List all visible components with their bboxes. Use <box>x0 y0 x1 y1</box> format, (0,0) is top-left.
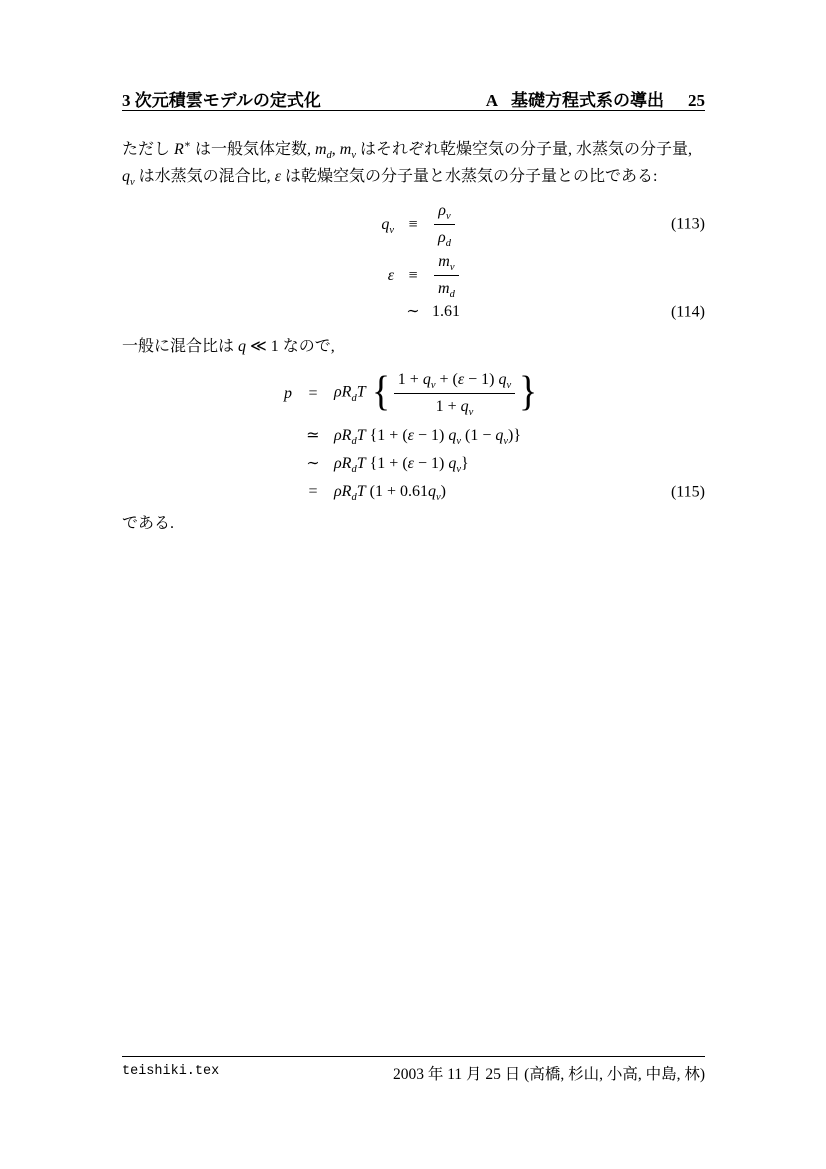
equation-relation: ∼ <box>292 453 334 474</box>
equation-relation: ∼ <box>394 301 432 322</box>
footer-rule <box>122 1056 705 1057</box>
equation-lhs: p <box>274 383 292 404</box>
appendix-letter: A <box>486 91 498 111</box>
equation-number: (113) <box>671 214 705 235</box>
equation-rhs: ρRdT {1 + (ε − 1) qv (1 − qv)} <box>334 425 521 446</box>
equation-rhs: ρvρd <box>432 199 457 249</box>
equation-row: ε ≡ mvmd <box>122 250 705 300</box>
equation-row: ∼ 1.61 (114) <box>122 301 705 322</box>
equation-row: = ρRdT (1 + 0.61qv) (115) <box>122 481 705 502</box>
equation-relation: ≡ <box>394 214 432 235</box>
running-head-appendix: A 基礎方程式系の導出 25 <box>486 86 705 111</box>
paragraph-mixing-ratio: 一般に混合比は q ≪ 1 なので, <box>122 333 717 360</box>
equation-rhs: mvmd <box>432 250 461 300</box>
equation-row: ≃ ρRdT {1 + (ε − 1) qv (1 − qv)} <box>122 425 705 446</box>
equation-rhs: ρRdT {1 + qv + (ε − 1) qv1 + qv} <box>334 368 539 418</box>
equation-lhs: qv <box>368 214 394 235</box>
equation-relation: = <box>292 481 334 502</box>
equation-rhs: ρRdT (1 + 0.61qv) <box>334 481 446 502</box>
equation-block-113-114: qv ≡ ρvρd (113) ε ≡ mvmd ∼ 1.61 (114) <box>122 199 705 322</box>
equation-block-115: p = ρRdT {1 + qv + (ε − 1) qv1 + qv} ≃ ρ… <box>122 368 705 502</box>
footer-date-authors: 2003 年 11 月 25 日 (高橋, 杉山, 小高, 中島, 林) <box>393 1062 705 1084</box>
equation-rhs: 1.61 <box>432 301 460 322</box>
header-rule <box>122 110 705 111</box>
running-head-section: 3 次元積雲モデルの定式化 <box>122 86 321 111</box>
paragraph-closing: である. <box>122 510 717 537</box>
equation-relation: ≡ <box>394 265 432 286</box>
footer-filename: teishiki.tex <box>122 1064 219 1079</box>
equation-row: p = ρRdT {1 + qv + (ε − 1) qv1 + qv} <box>122 368 705 418</box>
equation-rhs: ρRdT {1 + (ε − 1) qv} <box>334 453 469 474</box>
equation-relation: = <box>292 383 334 404</box>
appendix-title: 基礎方程式系の導出 <box>511 86 664 111</box>
paragraph-definitions: ただし R∗ は一般気体定数, md, mv はそれぞれ乾燥空気の分子量, 水蒸… <box>122 136 717 190</box>
section-title: 次元積雲モデルの定式化 <box>135 91 321 110</box>
page-number: 25 <box>688 91 705 111</box>
equation-number: (115) <box>671 481 705 502</box>
equation-lhs: ε <box>368 265 394 286</box>
document-page: { "header": { "section_number": "3", "se… <box>0 0 826 1169</box>
equation-number: (114) <box>671 301 705 322</box>
equation-row: ∼ ρRdT {1 + (ε − 1) qv} <box>122 453 705 474</box>
paragraph-line: qv は水蒸気の混合比, ε は乾燥空気の分子量と水蒸気の分子量との比である: <box>122 163 717 190</box>
equation-relation: ≃ <box>292 425 334 446</box>
equation-row: qv ≡ ρvρd (113) <box>122 199 705 249</box>
paragraph-line: ただし R∗ は一般気体定数, md, mv はそれぞれ乾燥空気の分子量, 水蒸… <box>122 136 717 163</box>
section-number: 3 <box>122 91 131 110</box>
